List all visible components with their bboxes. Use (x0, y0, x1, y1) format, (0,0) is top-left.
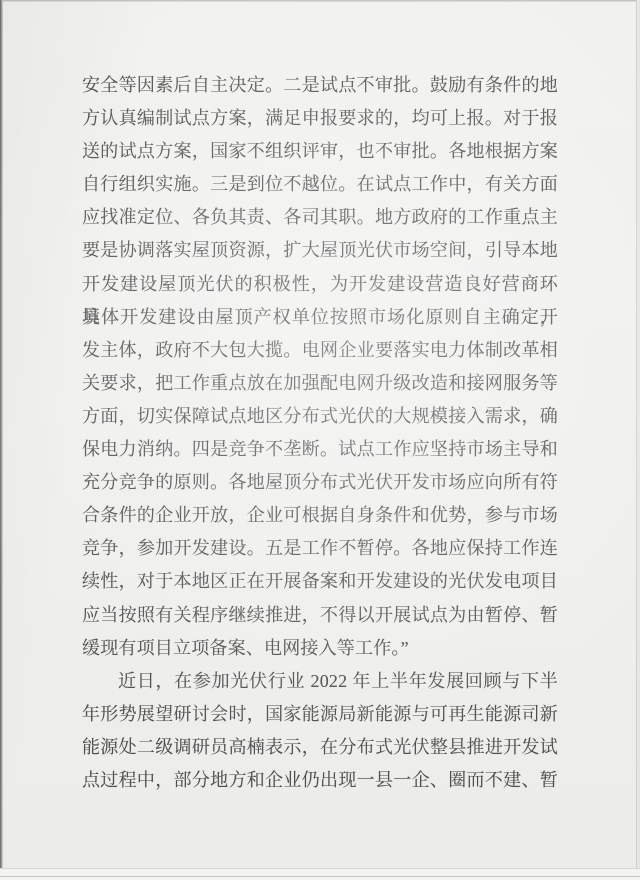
text-line: 竞争，参加开发建设。五是工作不暂停。各地应保持工作连 (82, 532, 558, 565)
scanned-document-page: 安全等因素后自主决定。二是试点不审批。鼓励有条件的地方认真编制试点方案，满足申报… (0, 0, 640, 880)
text-line: 续性，对于本地区正在开展备案和开发建设的光伏发电项目 (82, 565, 558, 598)
scan-edge-right-line (636, 0, 637, 880)
text-line: 自行组织实施。三是到位不越位。在试点工作中，有关方面 (82, 168, 558, 201)
text-line: 具体开发建设由屋顶产权单位按照市场化原则自主确定开 (82, 301, 558, 334)
text-line: 关要求，把工作重点放在加强配电网升级改造和接网服务等 (82, 367, 558, 400)
text-line: 点过程中，部分地方和企业仍出现一县一企、圈而不建、暂 (82, 764, 558, 797)
scan-edge-left (0, 0, 3, 880)
text-line: 方认真编制试点方案，满足申报要求的，均可上报。对于报 (82, 102, 558, 135)
text-line: 开发建设屋顶光伏的积极性，为开发建设营造良好营商环境， (82, 268, 558, 301)
text-line: 应找准定位、各负其责、各司其职。地方政府的工作重点主 (82, 201, 558, 234)
text-line: 年形势展望研讨会时，国家能源局新能源与可再生能源司新 (82, 698, 558, 731)
text-line: 合条件的企业开放，企业可根据自身条件和优势，参与市场 (82, 499, 558, 532)
text-line: 充分竞争的原则。各地屋顶分布式光伏开发市场应向所有符 (82, 466, 558, 499)
scan-edge-top (0, 0, 640, 2)
text-line: 缓现有项目立项备案、电网接入等工作。” (82, 632, 558, 665)
text-line: 要是协调落实屋顶资源，扩大屋顶光伏市场空间，引导本地 (82, 234, 558, 267)
text-line: 安全等因素后自主决定。二是试点不审批。鼓励有条件的地 (82, 69, 558, 102)
text-line: 应当按照有关程序继续推进，不得以开展试点为由暂停、暂 (82, 599, 558, 632)
text-line: 送的试点方案，国家不组织评审，也不审批。各地根据方案 (82, 135, 558, 168)
scan-edge-bottom-hairline (0, 876, 640, 877)
text-line: 能源处二级调研员高楠表示，在分布式光伏整县推进开发试 (82, 731, 558, 764)
scan-edge-bottom-band (0, 868, 640, 880)
text-line: 近日，在参加光伏行业 2022 年上半年发展回顾与下半 (82, 665, 558, 698)
document-text-block: 安全等因素后自主决定。二是试点不审批。鼓励有条件的地方认真编制试点方案，满足申报… (82, 69, 558, 797)
text-line: 发主体，政府不大包大揽。电网企业要落实电力体制改革相 (82, 334, 558, 367)
text-line: 保电力消纳。四是竞争不垄断。试点工作应坚持市场主导和 (82, 433, 558, 466)
text-line: 方面，切实保障试点地区分布式光伏的大规模接入需求，确 (82, 400, 558, 433)
